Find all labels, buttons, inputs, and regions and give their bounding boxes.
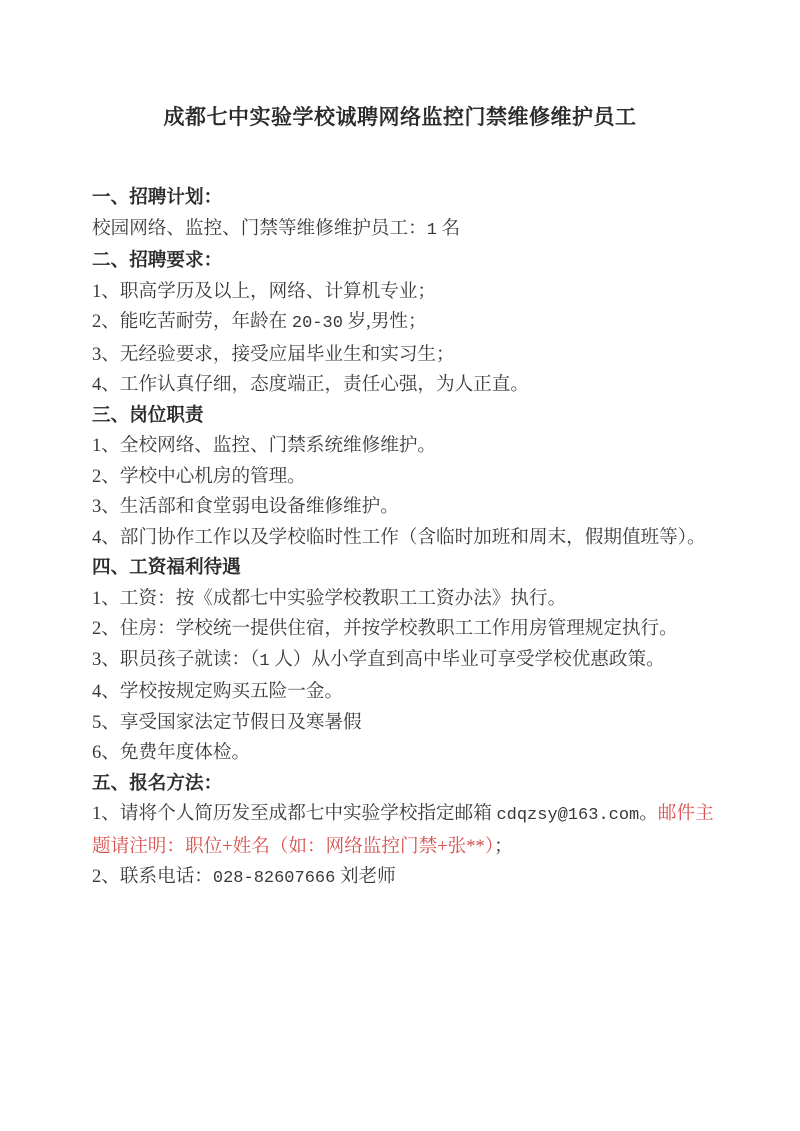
- section-4-item-6: 6、免费年度体检。: [92, 738, 714, 769]
- headcount-number: 1: [427, 221, 437, 240]
- item-text: 免费年度体检。: [120, 742, 250, 763]
- age-range: 20-30: [292, 314, 343, 333]
- item-number: 3、: [92, 496, 120, 517]
- section-2-item-3: 3、无经验要求，接受应届毕业生和实习生；: [92, 340, 714, 371]
- section-2-item-4: 4、工作认真仔细，态度端正，责任心强，为人正直。: [92, 370, 714, 401]
- section-3-item-4: 4、部门协作工作以及学校临时性工作（含临时加班和周末，假期值班等）。: [92, 523, 714, 554]
- item-number: 1、: [92, 803, 120, 824]
- email-subject-note: 邮件主: [658, 803, 714, 824]
- item-text: 职员孩子就读：（: [120, 649, 259, 670]
- page-title: 成都七中实验学校诚聘网络监控门禁维修维护员工: [0, 0, 800, 134]
- child-count-number: 1: [259, 652, 269, 671]
- item-number: 4、: [92, 374, 120, 395]
- section-4-item-5: 5、享受国家法定节假日及寒暑假: [92, 708, 714, 739]
- item-text: 。: [639, 803, 658, 824]
- item-number: 5、: [92, 712, 120, 733]
- section-3-heading: 三、岗位职责: [92, 401, 714, 432]
- section-2-item-1: 1、职高学历及以上，网络、计算机专业；: [92, 277, 714, 308]
- item-text: 无经验要求，接受应届毕业生和实习生；: [120, 344, 455, 365]
- section-4-item-1: 1、工资：按《成都七中实验学校教职工工资办法》执行。: [92, 584, 714, 615]
- item-text: 全校网络、监控、门禁系统维修维护。: [120, 435, 436, 456]
- item-text: 享受国家法定节假日及寒暑假: [120, 712, 362, 733]
- section-4-heading: 四、工资福利待遇: [92, 553, 714, 584]
- item-text: 岁,男性；: [343, 311, 427, 332]
- item-text: 职高学历及以上，网络、计算机专业；: [120, 281, 436, 302]
- item-number: 4、: [92, 681, 120, 702]
- document-body: 一、招聘计划： 校园网络、监控、门禁等维修维护员工：1 名 二、招聘要求： 1、…: [0, 134, 800, 895]
- section-5-item-1-line-2: 题请注明：职位+姓名（如：网络监控门禁+张**）；: [92, 832, 714, 863]
- section-4-item-3: 3、职员孩子就读：（1 人）从小学直到高中毕业可享受学校优惠政策。: [92, 645, 714, 678]
- item-text: 联系电话：: [120, 866, 213, 887]
- line-text: 校园网络、监控、门禁等维修维护员工：: [92, 218, 427, 239]
- section-3-item-3: 3、生活部和食堂弱电设备维修维护。: [92, 492, 714, 523]
- section-1-heading: 一、招聘计划：: [92, 183, 714, 214]
- email-address: cdqzsy@163.com: [496, 806, 639, 825]
- section-5-heading: 五、报名方法：: [92, 769, 714, 800]
- item-text: 人）从小学直到高中毕业可享受学校优惠政策。: [270, 649, 665, 670]
- item-text: 学校按规定购买五险一金。: [120, 681, 343, 702]
- section-5-item-2: 2、联系电话：028-82607666 刘老师: [92, 862, 714, 895]
- item-text: 部门协作工作以及学校临时性工作（含临时加班和周末，假期值班等）。: [120, 527, 706, 548]
- item-text: 刘老师: [335, 866, 395, 887]
- phone-number: 028-82607666: [213, 869, 335, 888]
- item-number: 1、: [92, 281, 120, 302]
- item-text: 工资：按《成都七中实验学校教职工工资办法》执行。: [120, 588, 566, 609]
- item-text: 工作认真仔细，态度端正，责任心强，为人正直。: [120, 374, 529, 395]
- document-page: 成都七中实验学校诚聘网络监控门禁维修维护员工 一、招聘计划： 校园网络、监控、门…: [0, 0, 800, 1131]
- section-2-item-2: 2、能吃苦耐劳，年龄在 20-30 岁,男性；: [92, 307, 714, 340]
- item-text: ；: [494, 836, 513, 857]
- item-number: 2、: [92, 618, 120, 639]
- item-text: 住房：学校统一提供住宿，并按学校教职工工作用房管理规定执行。: [120, 618, 678, 639]
- item-number: 4、: [92, 527, 120, 548]
- item-number: 1、: [92, 435, 120, 456]
- section-4-item-2: 2、住房：学校统一提供住宿，并按学校教职工工作用房管理规定执行。: [92, 614, 714, 645]
- item-number: 2、: [92, 466, 120, 487]
- item-text: 学校中心机房的管理。: [120, 466, 306, 487]
- item-text: 能吃苦耐劳，年龄在: [120, 311, 292, 332]
- section-4-item-4: 4、学校按规定购买五险一金。: [92, 677, 714, 708]
- item-number: 2、: [92, 311, 120, 332]
- section-3-item-2: 2、学校中心机房的管理。: [92, 462, 714, 493]
- section-5-item-1-line-1: 1、请将个人简历发至成都七中实验学校指定邮箱 cdqzsy@163.com。邮件…: [92, 799, 714, 832]
- section-1-line-1: 校园网络、监控、门禁等维修维护员工：1 名: [92, 214, 714, 247]
- item-text: 请将个人简历发至成都七中实验学校指定邮箱: [120, 803, 497, 824]
- item-number: 2、: [92, 866, 120, 887]
- item-text: 生活部和食堂弱电设备维修维护。: [120, 496, 399, 517]
- item-number: 3、: [92, 344, 120, 365]
- line-text: 名: [437, 218, 460, 239]
- section-3-item-1: 1、全校网络、监控、门禁系统维修维护。: [92, 431, 714, 462]
- section-2-heading: 二、招聘要求：: [92, 246, 714, 277]
- email-subject-note: 题请注明：职位+姓名（如：网络监控门禁+张**）: [92, 836, 494, 857]
- item-number: 1、: [92, 588, 120, 609]
- item-number: 6、: [92, 742, 120, 763]
- item-number: 3、: [92, 649, 120, 670]
